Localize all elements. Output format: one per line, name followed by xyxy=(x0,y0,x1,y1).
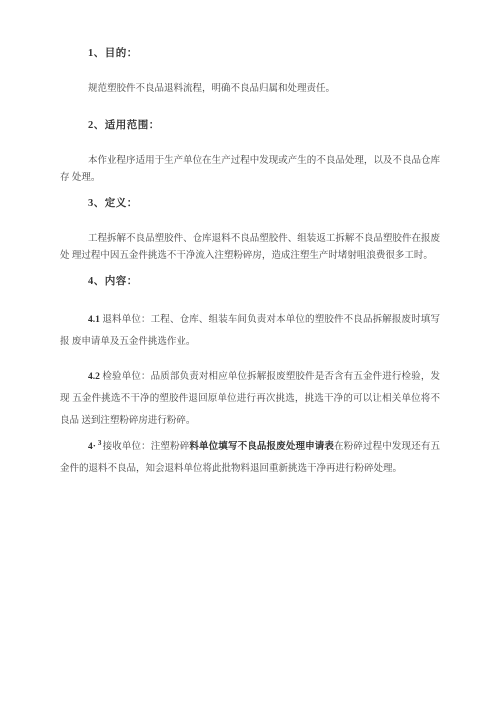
document-body: 1、目的： 规范塑胶件不良品退料流程，明确不良品归属和处理责任。 2、适用范围：… xyxy=(60,46,440,480)
superscript-run: 3 xyxy=(98,439,102,447)
bold-text-run: 4.1 xyxy=(88,315,102,325)
text-run: 工程拆解不良品塑胶件、仓库退料不良品塑胶件、组装返工拆解不良品塑胶件在报废处 理… xyxy=(60,234,440,261)
bold-text-run: 4· xyxy=(88,442,96,452)
text-run: 接收单位：注塑粉碎 xyxy=(102,442,189,452)
section-paragraph: 本作业程序适用于生产单位在生产过程中发现或产生的不良品处理，以及不良品仓库存 处… xyxy=(60,153,440,187)
bold-text-run: 4.2 xyxy=(88,372,102,382)
text-run: 检验单位：品质部负责对相应单位拆解报废塑胶件是否含有五金件进行检验，发现 五金件… xyxy=(60,372,440,426)
text-run: 规范塑胶件不良品退料流程，明确不良品归属和处理责任。 xyxy=(88,84,335,94)
clause-4-2-paragraph: 4.2 检验单位：品质部负责对相应单位拆解报废塑胶件是否含有五金件进行检验，发现… xyxy=(60,366,440,432)
text-run: 退料单位：工程、仓库、组装车间负责对本单位的塑胶件不良品拆解报废时填写报 废申请… xyxy=(60,315,440,347)
clause-4-1-paragraph: 4.1 退料单位：工程、仓库、组装车间负责对本单位的塑胶件不良品拆解报废时填写报… xyxy=(60,309,440,353)
section-scope: 2、适用范围： 本作业程序适用于生产单位在生产过程中发现或产生的不良品处理，以及… xyxy=(60,118,440,187)
section-paragraph: 规范塑胶件不良品退料流程，明确不良品归属和处理责任。 xyxy=(60,81,440,98)
section-heading: 4、内容： xyxy=(60,274,440,289)
section-content: 4、内容： 4.1 退料单位：工程、仓库、组装车间负责对本单位的塑胶件不良品拆解… xyxy=(60,274,440,480)
bold-text-run: 料单位填写不良品报废处理申请表 xyxy=(189,442,334,452)
text-run: 本作业程序适用于生产单位在生产过程中发现或产生的不良品处理，以及不良品仓库存 处… xyxy=(60,156,440,183)
document-page: 1、目的： 规范塑胶件不良品退料流程，明确不良品归属和处理责任。 2、适用范围：… xyxy=(0,0,500,707)
section-heading: 2、适用范围： xyxy=(60,118,440,133)
section-purpose: 1、目的： 规范塑胶件不良品退料流程，明确不良品归属和处理责任。 xyxy=(60,46,440,98)
section-heading: 3、定义： xyxy=(60,196,440,211)
section-heading: 1、目的： xyxy=(60,46,440,61)
section-definition: 3、定义： 工程拆解不良品塑胶件、仓库退料不良品塑胶件、组装返工拆解不良品塑胶件… xyxy=(60,196,440,265)
section-paragraph: 工程拆解不良品塑胶件、仓库退料不良品塑胶件、组装返工拆解不良品塑胶件在报废处 理… xyxy=(60,231,440,265)
clause-4-3-paragraph: 4·3接收单位：注塑粉碎料单位填写不良品报废处理申请表在粉碎过程中发现还有五 金… xyxy=(60,436,440,480)
